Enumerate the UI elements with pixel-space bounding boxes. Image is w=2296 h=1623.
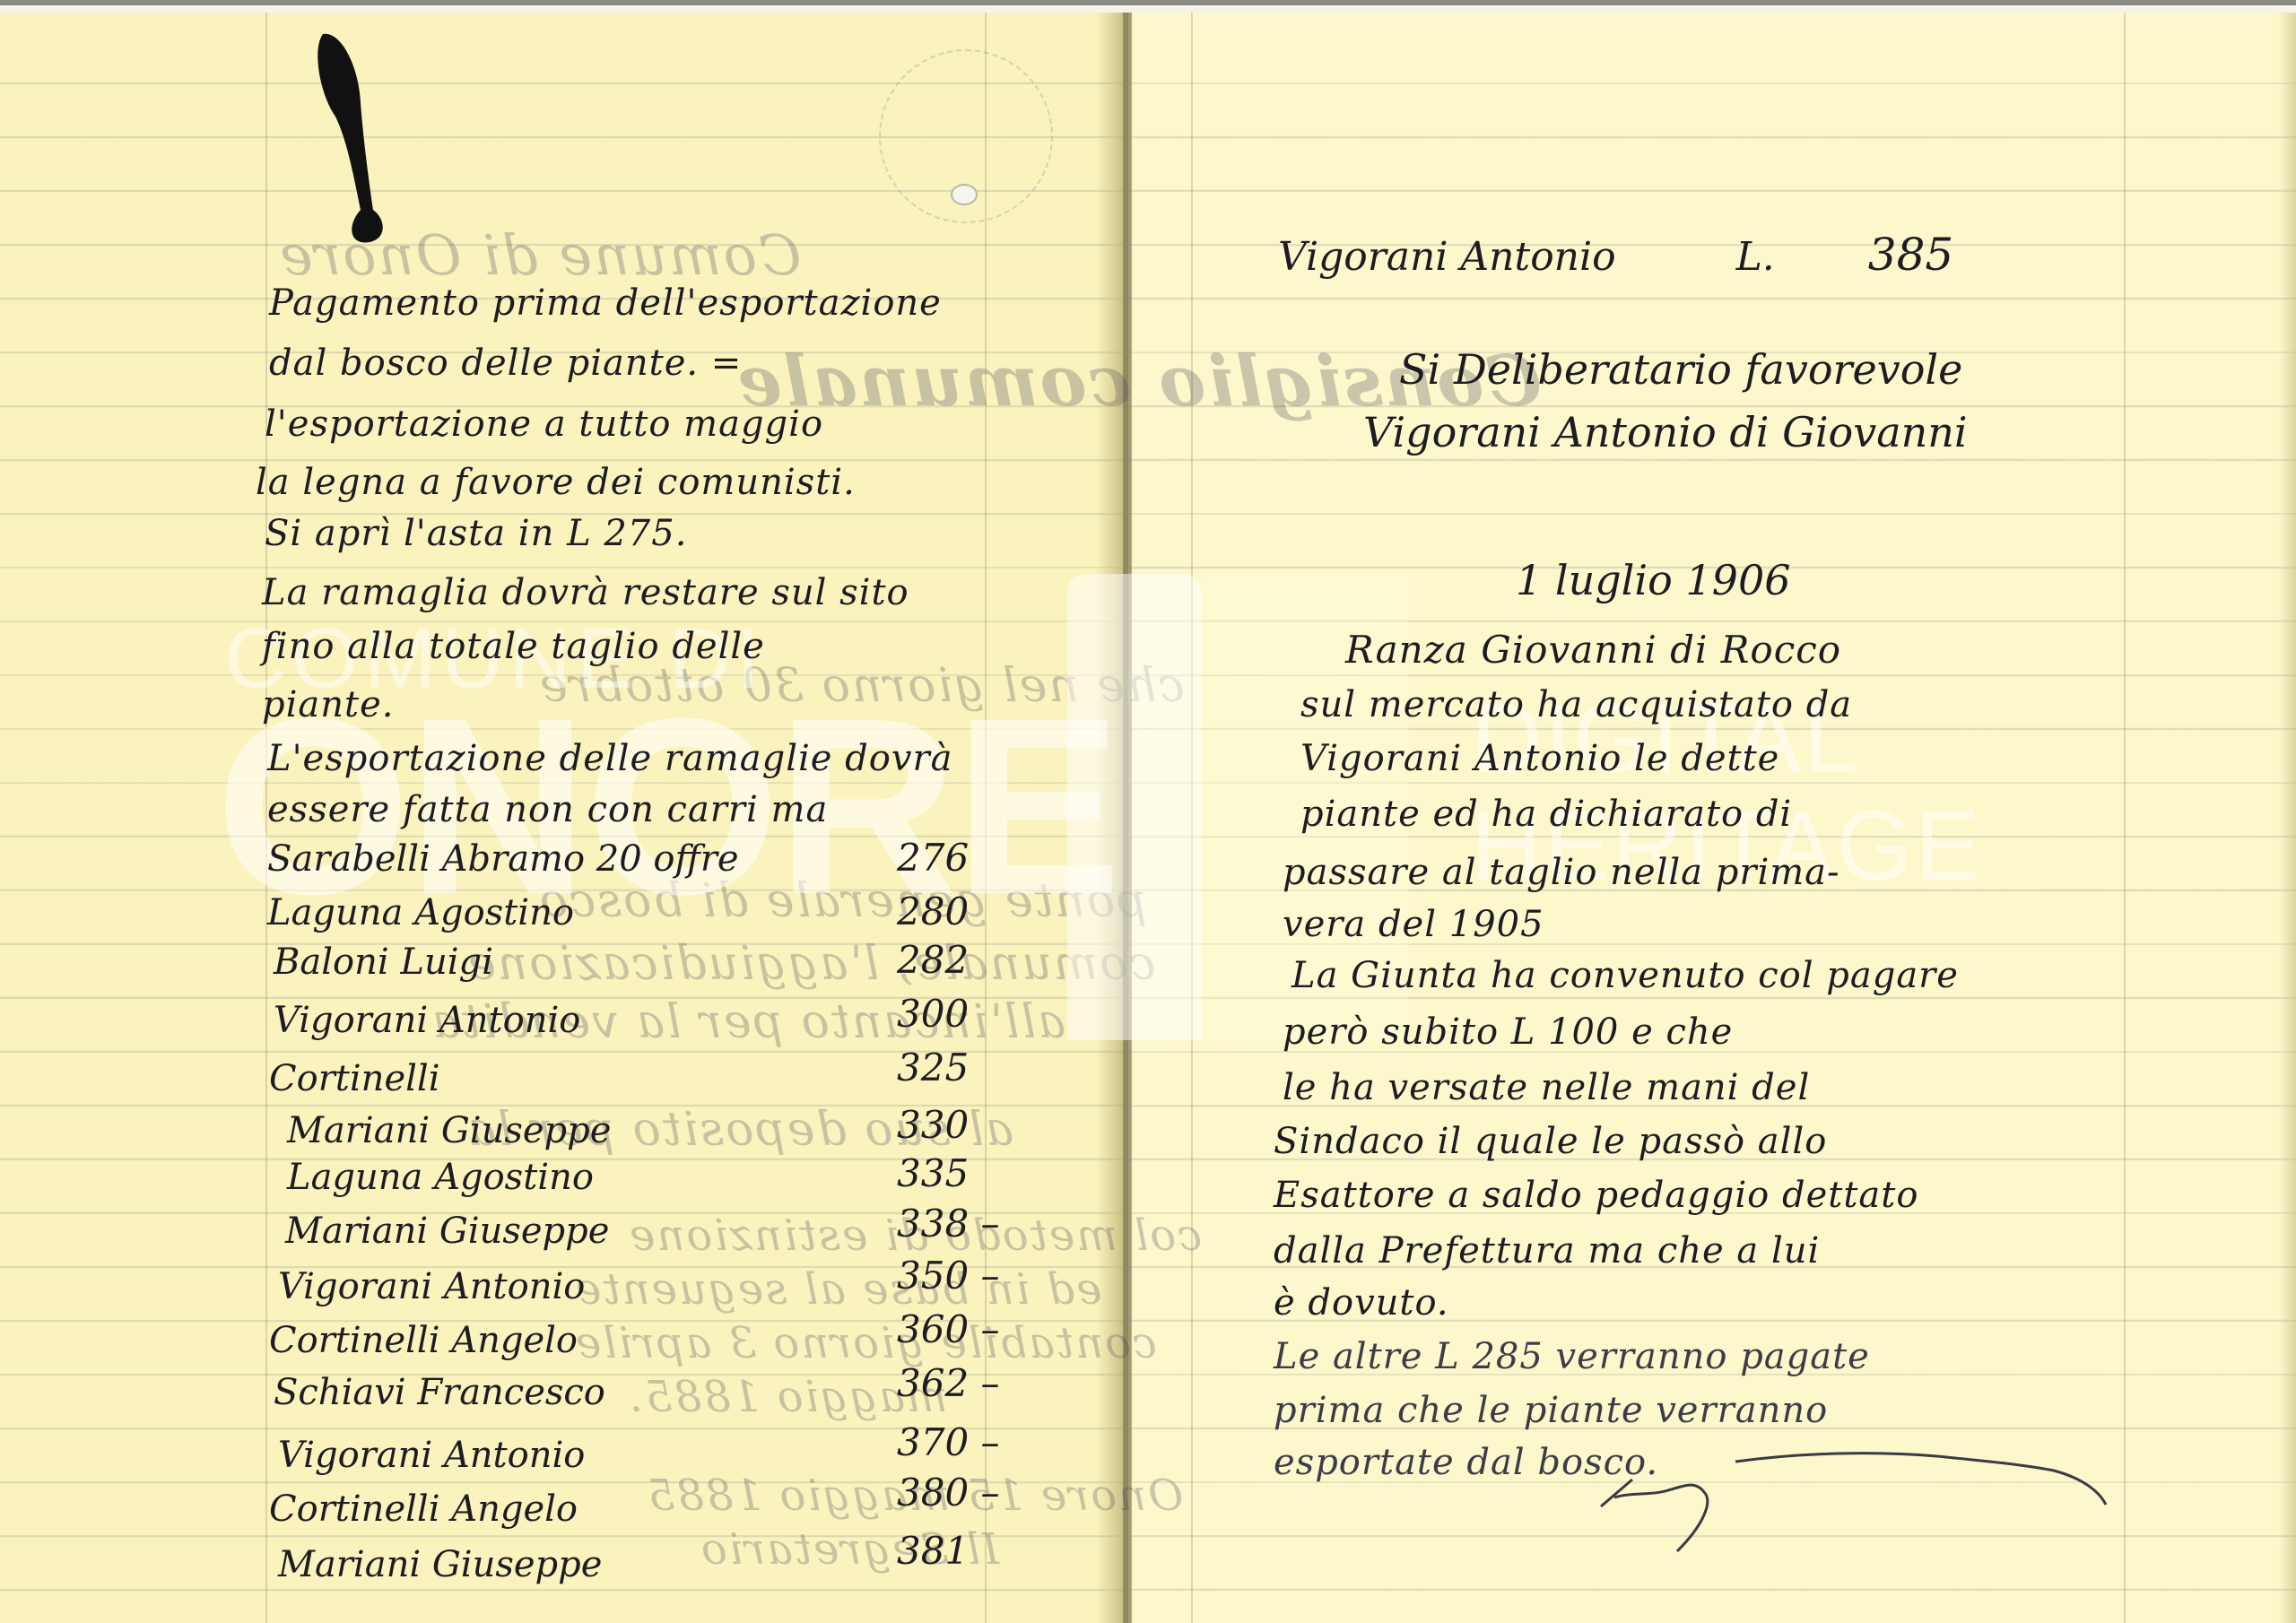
right-body-line: Le altre L 285 verranno pagate xyxy=(1274,1336,1870,1377)
bid-amount: 276 xyxy=(897,836,969,880)
top-bid-amount: 385 xyxy=(1868,229,1953,281)
bid-amount: 380 – xyxy=(897,1471,1000,1515)
bidder-name: Laguna Agostino xyxy=(287,1157,594,1198)
bid-amount: 325 xyxy=(897,1046,969,1089)
scanner-top-margin xyxy=(0,5,2296,13)
bid-amount: 350 – xyxy=(897,1254,1000,1298)
top-bid-name: Vigorani Antonio xyxy=(1278,234,1616,280)
ink-blot-icon xyxy=(314,30,413,246)
signature-initials-icon xyxy=(1596,1471,1749,1569)
award-line-1: Si Deliberatario favorevole xyxy=(1399,345,1962,394)
bidder-name: Cortinelli xyxy=(269,1058,440,1099)
bid-amount: 362 – xyxy=(897,1361,1000,1405)
bleed-through-header: Comune di Onore xyxy=(278,222,801,288)
bid-amount: 370 – xyxy=(897,1420,1000,1464)
left-paragraph-line: Pagamento prima dell'esportazione xyxy=(269,282,942,324)
bid-amount: 300 xyxy=(897,992,969,1036)
right-body-line: Vigorani Antonio le dette xyxy=(1300,738,1779,779)
bid-amount: 381 xyxy=(897,1529,969,1573)
bidder-name: Vigorani Antonio xyxy=(278,1435,585,1476)
bid-amount: 330 xyxy=(897,1103,969,1147)
right-body-line: Ranza Giovanni di Rocco xyxy=(1345,628,1841,672)
bidder-name: Mariani Giuseppe xyxy=(278,1544,602,1585)
left-paragraph-line: essere fatta non con carri ma xyxy=(267,789,828,830)
bidder-name: Cortinelli Angelo xyxy=(269,1488,578,1530)
right-body-line: La Giunta ha convenuto col pagare xyxy=(1291,955,1959,996)
paper-hole xyxy=(951,184,978,205)
bleed-through-line: contabile giorno 3 aprile xyxy=(574,1318,1157,1368)
top-bid-line: Vigorani Antonio L. 385 xyxy=(1278,229,1953,281)
bid-amount: 335 xyxy=(897,1151,969,1195)
award-line-2: Vigorani Antonio di Giovanni xyxy=(1363,408,1968,456)
bid-amount: 338 – xyxy=(897,1202,1000,1245)
closing-flourish xyxy=(1731,1435,2108,1506)
right-outer-rule xyxy=(2124,13,2126,1623)
right-body-line: passare al taglio nella prima- xyxy=(1283,852,1840,893)
document-date: 1 luglio 1906 xyxy=(1516,556,1790,604)
bidder-name: Vigorani Antonio xyxy=(274,1000,580,1041)
bidder-name: Cortinelli Angelo xyxy=(269,1320,578,1361)
bleed-through-line: ed in base al seguente xyxy=(574,1264,1101,1315)
right-body-line: è dovuto. xyxy=(1274,1282,1449,1324)
bidder-name: Mariani Giuseppe xyxy=(287,1110,611,1151)
currency-symbol: L. xyxy=(1736,234,1775,280)
right-body-line: Sindaco il quale le passò allo xyxy=(1274,1121,1827,1162)
left-paragraph-line: La ramaglia dovrà restare sul sito xyxy=(262,572,909,613)
bidder-name: Baloni Luigi xyxy=(274,942,493,983)
page-edge-shadow xyxy=(2278,13,2296,1623)
bid-amount: 360 – xyxy=(897,1307,1000,1351)
right-body-line: vera del 1905 xyxy=(1283,904,1544,945)
left-paragraph-line: la legna a favore dei comunisti. xyxy=(256,462,856,503)
right-body-line: le ha versate nelle mani del xyxy=(1283,1067,1810,1108)
bidder-name: Schiavi Francesco xyxy=(274,1372,605,1413)
right-body-line: dalla Prefettura ma che a lui xyxy=(1274,1230,1820,1271)
left-paragraph-line: L'esportazione delle ramaglie dovrà xyxy=(267,738,952,779)
left-paragraph-line: dal bosco delle piante. = xyxy=(269,343,742,384)
right-body-line: sul mercato ha acquistato da xyxy=(1300,684,1852,725)
bidder-name: Sarabelli Abramo 20 offre xyxy=(267,838,739,880)
left-paragraph-line: piante. xyxy=(262,684,394,725)
left-paragraph-line: Si aprì l'asta in L 275. xyxy=(265,513,687,554)
bid-amount: 280 xyxy=(897,890,969,933)
right-body-line: però subito L 100 e che xyxy=(1283,1011,1733,1053)
bidder-name: Laguna Agostino xyxy=(267,892,574,933)
left-paragraph-line: l'esportazione a tutto maggio xyxy=(265,404,823,445)
watermark-logo-icon xyxy=(1067,574,1202,1040)
bidder-name: Mariani Giuseppe xyxy=(285,1211,609,1252)
right-body-line: Esattore a saldo pedaggio dettato xyxy=(1274,1175,1918,1216)
right-body-line: prima che le piante verranno xyxy=(1274,1390,1828,1431)
left-paragraph-line: fino alla totale taglio delle xyxy=(262,626,765,667)
bidder-name: Vigorani Antonio xyxy=(278,1266,585,1307)
bid-amount: 282 xyxy=(897,938,969,982)
right-body-line: piante ed ha dichiarato di xyxy=(1300,794,1792,835)
